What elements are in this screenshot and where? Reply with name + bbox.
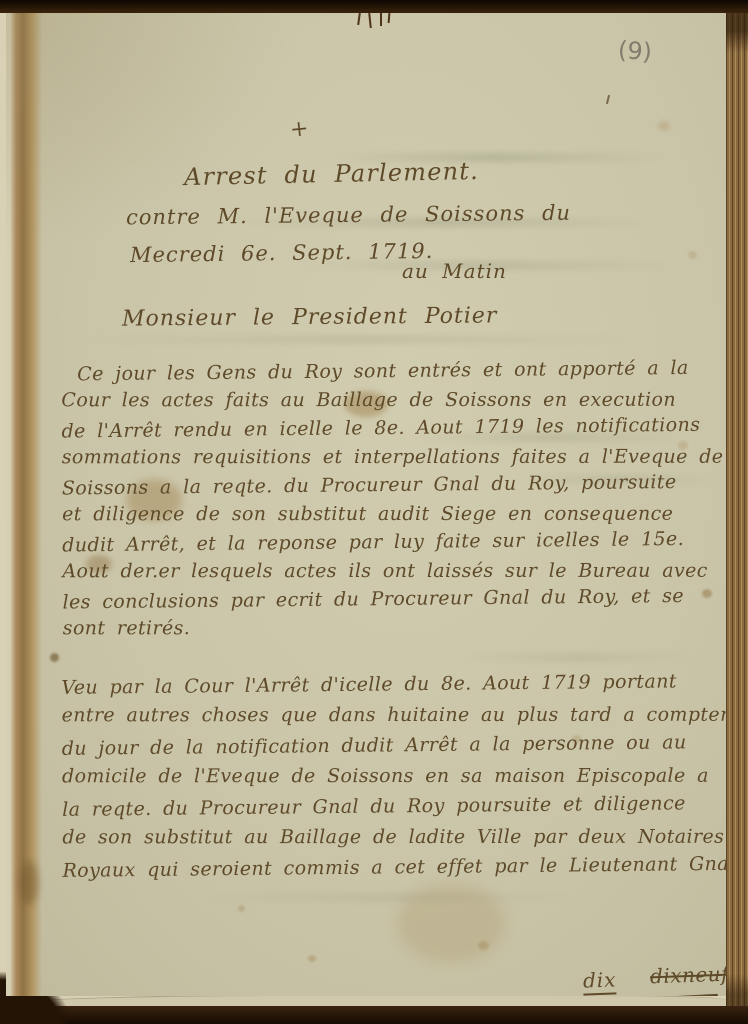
- foxing-spot: [688, 251, 697, 259]
- foxing-spot: [308, 955, 316, 962]
- document-title-line-3: Mecredi 6e. Sept. 1719.: [130, 239, 434, 267]
- manuscript-line: la reqte. du Procureur Gnal du Roy pours…: [62, 791, 726, 829]
- manuscript-line: Aout der.er lesquels actes ils ont laiss…: [62, 559, 724, 588]
- book-cover-top-edge: [0, 0, 748, 13]
- gutter-stain: [20, 861, 38, 905]
- document-title-line-1: Arrest du Parlement.: [184, 157, 479, 191]
- document-title-line-4: au Matin: [402, 259, 507, 283]
- manuscript-line: Royaux qui seroient commis a cet effet p…: [62, 852, 726, 890]
- smudge: [396, 883, 506, 963]
- manuscript-line: Ce jour les Gens du Roy sont entrés et o…: [77, 357, 723, 392]
- manuscript-paragraph-2: Veu par la Cour l'Arrêt d'icelle du 8e. …: [61, 671, 726, 889]
- document-title-line-2: contre M. l'Eveque de Soissons du: [126, 201, 571, 230]
- foxing-spot: [478, 941, 489, 950]
- manuscript-page-surface: (9) + Arrest du Parlement. contre M. l'E…: [6, 13, 726, 996]
- catchword: dix: [583, 967, 617, 995]
- folio-number: (9): [617, 36, 653, 66]
- manuscript-line: sommations requisitions et interpellatio…: [62, 445, 724, 474]
- manuscript-line: du jour de la notification dudit Arrêt a…: [62, 730, 726, 768]
- struck-out-word: dixneuf: [650, 962, 726, 989]
- pen-flourish-line: [636, 994, 718, 996]
- manuscript-paragraph-1: Ce jour les Gens du Roy sont entrés et o…: [61, 358, 724, 647]
- book-fore-edge: [725, 13, 748, 1008]
- salutation-line: Monsieur le President Potier: [122, 303, 498, 331]
- stray-ink-mark: [606, 95, 610, 104]
- foxing-spot: [238, 905, 245, 912]
- manuscript-line: de son substitut au Baillage de ladite V…: [62, 825, 726, 856]
- bleed-through-line: [196, 893, 576, 902]
- trimmed-ink-mark: [357, 13, 361, 25]
- trimmed-ink-mark: [380, 13, 382, 26]
- book-cover-bottom-edge: [0, 1006, 748, 1024]
- collation-cross-mark: +: [289, 116, 310, 143]
- manuscript-line: les conclusions par ecrit du Procureur G…: [62, 585, 724, 620]
- manuscript-line: domicile de l'Eveque de Soissons en sa m…: [62, 764, 726, 795]
- trimmed-ink-mark: [368, 13, 372, 28]
- manuscript-line: entre autres choses que dans huitaine au…: [62, 703, 726, 734]
- bleed-through-line: [86, 335, 646, 344]
- bleed-through-line: [456, 653, 696, 662]
- manuscript-line: de l'Arrêt rendu en icelle le 8e. Aout 1…: [61, 414, 723, 449]
- trimmed-ink-mark: [388, 13, 391, 23]
- foxing-spot: [50, 653, 59, 662]
- manuscript-line: sont retirés.: [63, 616, 725, 645]
- manuscript-book: (9) + Arrest du Parlement. contre M. l'E…: [0, 0, 748, 1024]
- manuscript-line: Veu par la Cour l'Arrêt d'icelle du 8e. …: [61, 669, 726, 707]
- manuscript-line: dudit Arrêt, et la reponse par luy faite…: [62, 528, 724, 563]
- manuscript-line: Cour les actes faits au Baillage de Sois…: [61, 388, 723, 417]
- foxing-spot: [658, 121, 670, 131]
- manuscript-line: et diligence de son substitut audit Sieg…: [62, 502, 724, 531]
- manuscript-line: Soissons a la reqte. du Procureur Gnal d…: [62, 471, 724, 506]
